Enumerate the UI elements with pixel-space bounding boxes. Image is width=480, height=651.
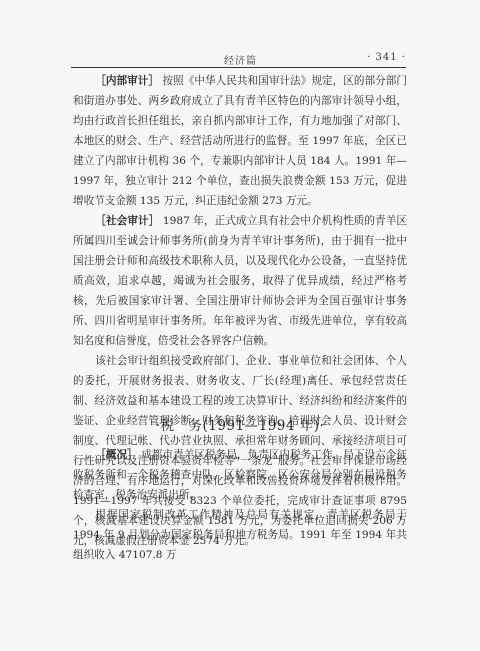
- internal-audit-tag: ［内部审计］: [95, 75, 159, 87]
- body-text-part2: ［概况］ 成都市青羊区税务局，负责区内税务工作，局下设六个征收税务所和一个税务稽…: [73, 445, 407, 565]
- header-rule: [71, 67, 406, 68]
- document-page: 经济篇 · 341 · ［内部审计］ 按照《中华人民共和国审计法》规定，区的部分…: [0, 0, 480, 651]
- page-number: · 341 ·: [367, 52, 406, 63]
- internal-audit-text: 按照《中华人民共和国审计法》规定，区的部分部门和街道办事处、两乡政府成立了具有青…: [73, 75, 407, 207]
- overview-tag: ［概况］: [95, 449, 138, 461]
- running-header: 经济篇 · 341 ·: [71, 52, 406, 66]
- paragraph-internal-audit: ［内部审计］ 按照《中华人民共和国审计法》规定，区的部分部门和街道办事处、两乡政…: [73, 71, 407, 211]
- chapter-title: 经济篇: [224, 52, 257, 67]
- social-audit-text: 1987 年，正式成立具有社会中介机构性质的青羊区所属四川至诚会计师事务所(前身…: [73, 215, 407, 347]
- paragraph-tax-reform: 根据国家税制改革工作精神及总局有关规定，青羊区税务局于 1994 年 9 月划分…: [73, 505, 407, 565]
- section-heading-tax: ·税 务(1991—1994 年)·: [0, 414, 480, 434]
- paragraph-tax-overview: ［概况］ 成都市青羊区税务局，负责区内税务工作，局下设六个征收税务所和一个税务稽…: [73, 445, 407, 505]
- social-audit-tag: ［社会审计］: [95, 215, 159, 227]
- paragraph-social-audit: ［社会审计］ 1987 年，正式成立具有社会中介机构性质的青羊区所属四川至诚会计…: [73, 211, 407, 351]
